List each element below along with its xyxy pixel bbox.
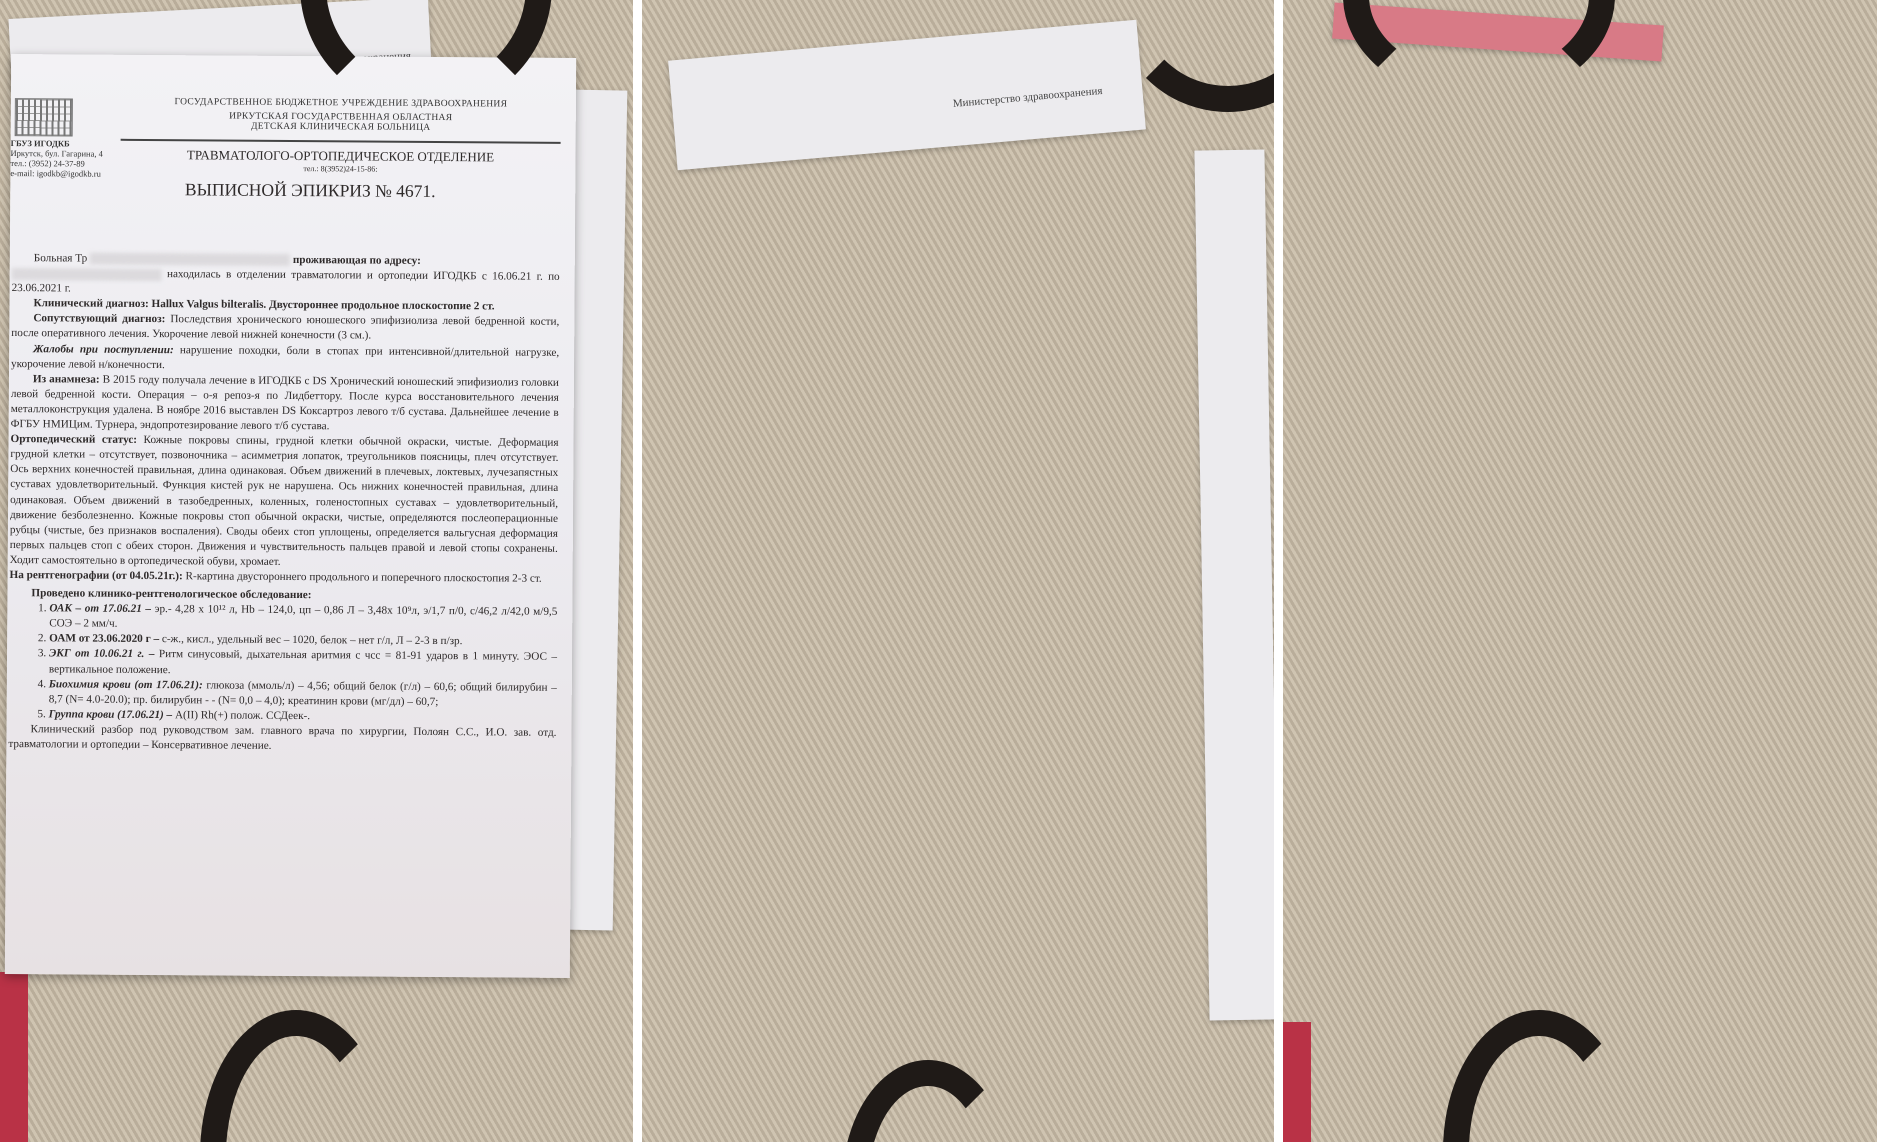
redacted-block	[12, 268, 162, 281]
anamnesis-label: Из анамнеза:	[33, 373, 100, 385]
discharge-summary-page: ГБУЗ ИГОДКБ Иркутск, бул. Гагарина, 4 те…	[5, 54, 576, 978]
complaints: Жалобы при поступлении: нарушение походк…	[11, 342, 559, 376]
hospital-email: e-mail: igodkb@igodkb.ru	[10, 168, 102, 179]
department-name: ТРАВМАТОЛОГО-ОРТОПЕДИЧЕСКОЕ ОТДЕЛЕНИЕ	[120, 147, 560, 166]
collage-divider	[633, 0, 642, 1142]
test-label: Группа крови (17.06.21) –	[49, 708, 173, 721]
department-header: ТРАВМАТОЛОГО-ОРТОПЕДИЧЕСКОЕ ОТДЕЛЕНИЕ те…	[120, 147, 560, 175]
hospital-abbrev: ГБУЗ ИГОДКБ	[11, 138, 103, 149]
redacted-block	[90, 253, 290, 266]
test-label: Биохимия крови (от 17.06.21):	[49, 678, 203, 691]
test-label: ЭКГ от 10.06.21 г. –	[49, 648, 154, 661]
xray: На рентгенографии (от 04.05.21г.): R-кар…	[10, 568, 558, 587]
ortho-status-text: Кожные покровы спины, грудной клетки обы…	[10, 434, 559, 568]
document-title: ВЫПИСНОЙ ЭПИКРИЗ № 4671.	[110, 179, 510, 203]
org-header: ГОСУДАРСТВЕННОЕ БЮДЖЕТНОЕ УЧРЕЖДЕНИЕ ЗДР…	[121, 97, 561, 134]
clinical-review: Клинический разбор под руководством зам.…	[8, 722, 556, 756]
test-item: ОАК – от 17.06.21 – эр.- 4,28 х 10¹² л, …	[49, 601, 557, 635]
test-item: ЭКГ от 10.06.21 г. – Ритм синусовый, дых…	[49, 647, 557, 681]
address-label: проживающая по адресу:	[293, 254, 421, 267]
underlying-sheet-text: Министерство здравоохранения	[952, 85, 1103, 110]
photo-panel-discharge-summary-continued: 17.06.21 Консервативное лечение: 1) ЛФК …	[1283, 0, 1877, 1142]
hospital-phone: тел.: (3952) 24-37-89	[10, 158, 102, 169]
clinical-dx-text: Hallux Valgus bilteralis. Двустороннее п…	[152, 298, 495, 312]
red-folder-edge	[1332, 3, 1664, 62]
photo-panel-discharge-summary: здравоохранения ГБУЗ ИГОДКБ Иркутск, бул…	[0, 0, 633, 1142]
org-header-line1: ГОСУДАРСТВЕННОЕ БЮДЖЕТНОЕ УЧРЕЖДЕНИЕ ЗДР…	[121, 97, 561, 110]
underlying-sheet-edge	[1194, 149, 1274, 1020]
concomitant-diagnosis: Сопутствующий диагноз: Последствия хрони…	[11, 311, 559, 345]
anamnesis: Из анамнеза: В 2015 году получала лечени…	[11, 372, 559, 436]
hospital-contacts: ГБУЗ ИГОДКБ Иркутск, бул. Гагарина, 4 те…	[10, 138, 103, 179]
underlying-sheet: Министерство здравоохранения	[668, 20, 1146, 171]
red-fabric-edge	[1283, 1022, 1311, 1142]
test-text: с-ж., кисл., удельный вес – 1020, белок …	[162, 633, 463, 647]
test-item: Биохимия крови (от 17.06.21): глюкоза (м…	[49, 677, 557, 711]
collage-divider	[1274, 0, 1283, 1142]
ortho-status: Ортопедический статус: Кожные покровы сп…	[10, 432, 559, 572]
test-text: A(II) Rh(+) полож. ССДеек-.	[175, 709, 310, 722]
underlying-sheet-text: здравоохранения	[331, 50, 411, 66]
clinical-dx-label: Клинический диагноз:	[33, 297, 148, 310]
department-phone: тел.: 8(3952)24-15-86:	[120, 163, 560, 175]
header-rule	[121, 139, 561, 144]
ortho-status-label: Ортопедический статус:	[10, 433, 137, 446]
hospital-address: Иркутск, бул. Гагарина, 4	[10, 148, 102, 159]
discharge-summary-body: Больная Тр проживающая по адресу: находи…	[8, 251, 559, 756]
patient-stay: находилась в отделении травматологии и о…	[12, 266, 560, 300]
xray-label: На рентгенографии (от 04.05.21г.):	[10, 569, 183, 582]
patient-intro: Больная	[34, 252, 73, 264]
hospital-building-logo	[15, 98, 73, 136]
xray-text: R-картина двустороннего продольного и по…	[186, 570, 542, 584]
complaints-label: Жалобы при поступлении:	[33, 343, 174, 356]
concomitant-label: Сопутствующий диагноз:	[33, 313, 165, 326]
test-results-list: ОАК – от 17.06.21 – эр.- 4,28 х 10¹² л, …	[9, 601, 558, 726]
test-label: ОАМ от 23.06.2020 г –	[49, 633, 159, 646]
patient-name: Тр	[75, 252, 87, 264]
test-label: ОАК – от 17.06.21 –	[49, 602, 151, 615]
org-header-line3: ДЕТСКАЯ КЛИНИЧЕСКАЯ БОЛЬНИЦА	[121, 121, 561, 134]
photo-panel-hospitalization-referral: Министерство здравоохранения ГБУЗ ИГОДКБ…	[642, 0, 1274, 1142]
red-fabric-edge	[0, 972, 28, 1142]
